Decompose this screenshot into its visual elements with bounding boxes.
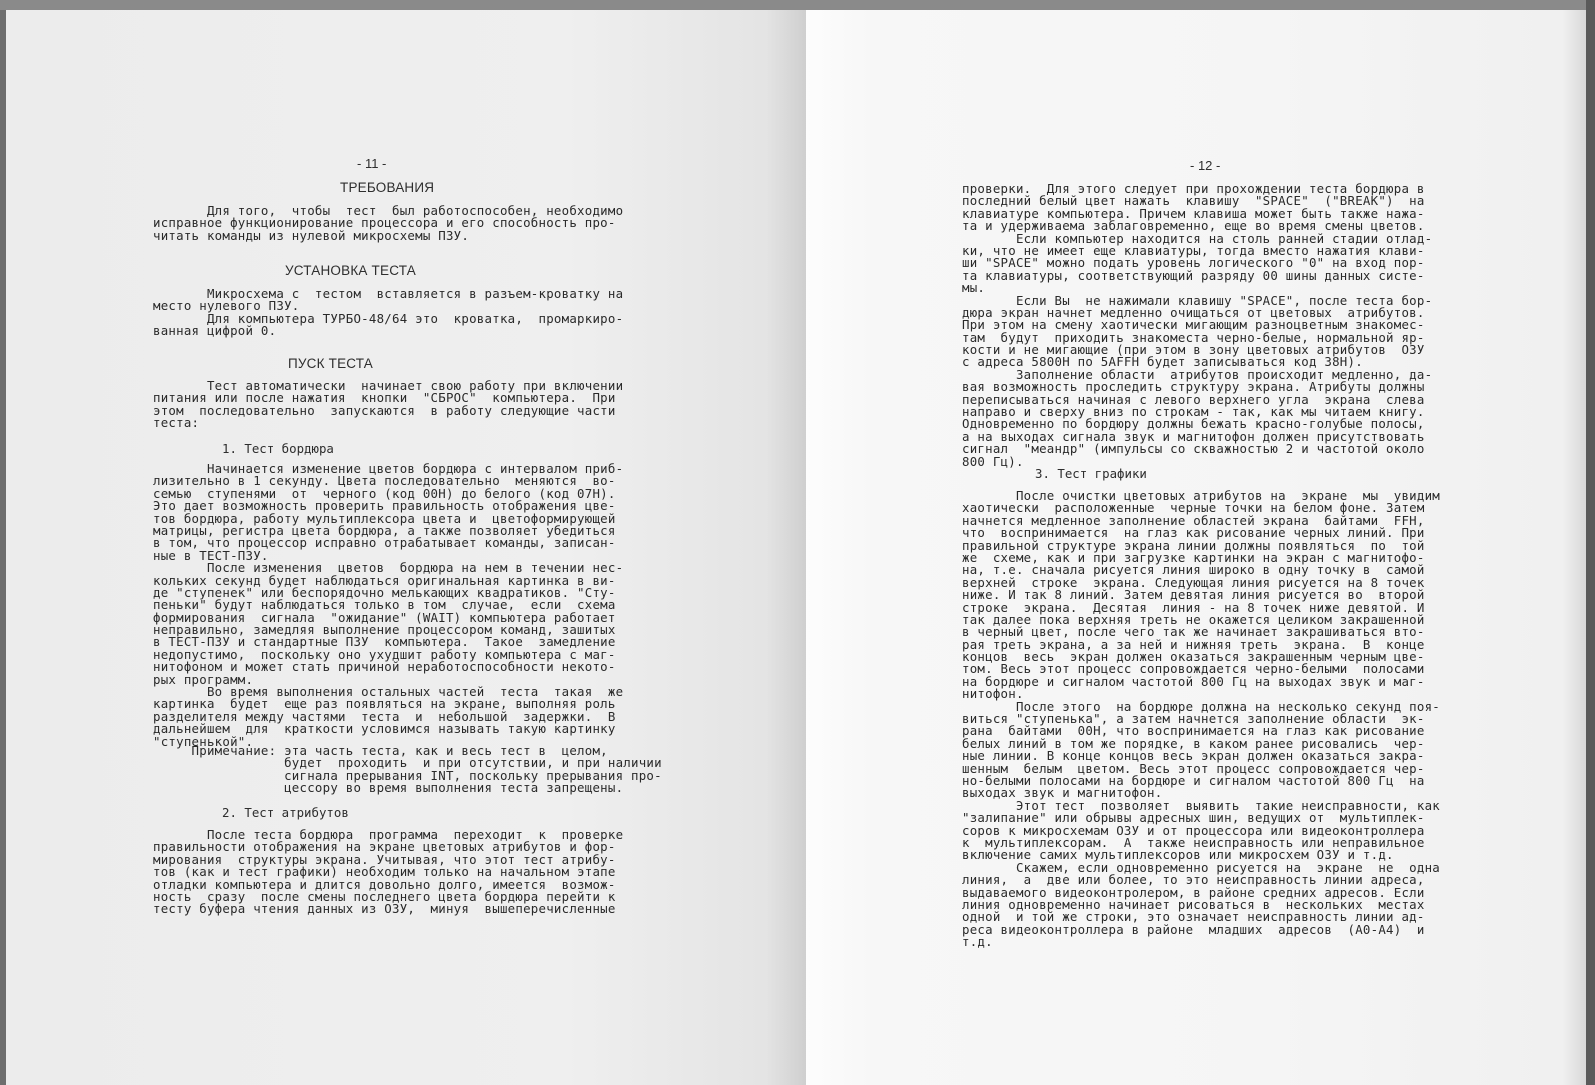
book-spread: - 11 - ТРЕБОВАНИЯ Для того, чтобы тест б…	[0, 0, 1595, 1085]
text-line: ванная цифрой 0.	[153, 325, 623, 337]
text-line: теста:	[153, 417, 623, 429]
launch-heading: ПУСК ТЕСТА	[288, 356, 373, 371]
note-block: Примечание: эта часть теста, как и весь …	[153, 745, 662, 795]
scan-right-edge	[1586, 0, 1595, 1085]
border-test-heading: 1. Тест бордюра	[222, 441, 334, 456]
requirements-body: Для того, чтобы тест был работоспособен,…	[153, 205, 623, 242]
installation-heading: УСТАНОВКА ТЕСТА	[285, 263, 416, 278]
attribute-test-body: После теста бордюра программа переходит …	[153, 829, 623, 916]
graphics-test-body: После очистки цветовых атрибутов на экра…	[962, 490, 1440, 948]
text-line: 800 Гц).	[962, 456, 1432, 468]
right-page-continuation: проверки. Для этого следует при прохожде…	[962, 183, 1432, 468]
text-line: тесту буфера чтения данных из ОЗУ, минуя…	[153, 903, 623, 915]
text-line: реса видеоконтроллера в районе младших а…	[962, 924, 1440, 936]
installation-body: Микросхема с тестом вставляется в разъем…	[153, 288, 623, 338]
text-line: этом последовательно запускаются в работ…	[153, 405, 623, 417]
text-line: читать команды из нулевой микросхемы ПЗУ…	[153, 230, 623, 242]
text-line: та клавиатуры, соответствующий разряду 0…	[962, 270, 1432, 282]
graphics-test-heading: 3. Тест графики	[1035, 466, 1147, 481]
text-line: т.д.	[962, 936, 1440, 948]
attribute-test-heading: 2. Тест атрибутов	[222, 805, 349, 820]
left-page-number: - 11 -	[357, 156, 386, 171]
text-line: на бордюре и сигналом частотой 800 Гц на…	[962, 676, 1440, 688]
requirements-heading: ТРЕБОВАНИЯ	[340, 180, 434, 195]
text-line: цессору во время выполнения теста запрещ…	[153, 782, 662, 794]
border-test-body: Начинается изменение цветов бордюра с ин…	[153, 463, 623, 748]
launch-body: Тест автоматически начинает свою работу …	[153, 380, 623, 430]
right-page-number: - 12 -	[1190, 158, 1220, 173]
text-line: сигнал "меандр" (импульсы со скважностью…	[962, 443, 1432, 455]
scan-top-edge	[0, 0, 1595, 10]
